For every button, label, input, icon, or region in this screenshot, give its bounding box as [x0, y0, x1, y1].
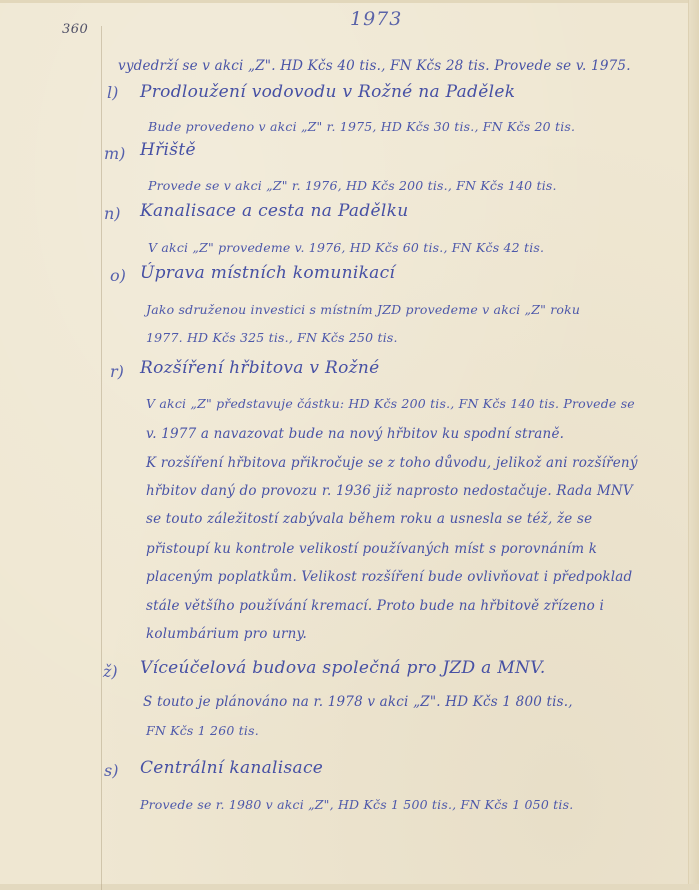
entry-r-line-5: se touto záležitostí zabývala během roku…: [146, 511, 592, 527]
entry-z-label: ž): [103, 662, 118, 681]
entry-r-line-4: hřbitov daný do provozu r. 1936 již napr…: [146, 483, 633, 499]
entry-o-title: Úprava místních komunikací: [140, 263, 395, 283]
margin-line: [101, 26, 102, 890]
entry-s-line-1: Provede se r. 1980 v akci „Z", HD Kčs 1 …: [140, 797, 573, 812]
entry-m-label: m): [104, 144, 125, 163]
entry-m-line-1: Provede se v akci „Z" r. 1976, HD Kčs 20…: [148, 178, 557, 193]
paper-right-edge: [688, 0, 699, 890]
entry-r-label: r): [110, 362, 124, 381]
entry-z-title: Víceúčelová budova společná pro JZD a MN…: [140, 658, 546, 678]
entry-s-label: s): [104, 761, 118, 780]
entry-z-line-1: S touto je plánováno na r. 1978 v akci „…: [143, 694, 573, 710]
entry-m-title: Hřiště: [140, 140, 196, 160]
entry-o-line-2: 1977. HD Kčs 325 tis., FN Kčs 250 tis.: [146, 330, 398, 345]
entry-z-line-2: FN Kčs 1 260 tis.: [146, 723, 259, 738]
paper-bottom-edge: [0, 884, 699, 890]
entry-r-line-6: přistoupí ku kontrole velikostí používan…: [146, 541, 597, 557]
entry-l-title: Prodloužení vodovodu v Rožné na Padělek: [140, 82, 515, 102]
page-number: 360: [62, 22, 88, 37]
entry-r-line-8: stále většího používání kremací. Proto b…: [146, 598, 604, 614]
entry-l-label: l): [107, 83, 118, 102]
year-heading: 1973: [350, 8, 402, 30]
entry-r-line-2: v. 1977 a navazovat bude na nový hřbitov…: [146, 426, 564, 442]
entry-l-line-1: Bude provedeno v akci „Z" r. 1975, HD Kč…: [148, 119, 575, 134]
entry-r-line-7: placeným poplatkům. Velikost rozšíření b…: [146, 569, 632, 585]
entry-r-line-1: V akci „Z" představuje částku: HD Kčs 20…: [146, 396, 635, 411]
entry-s-title: Centrální kanalisace: [140, 758, 323, 778]
entry-n-label: n): [104, 204, 121, 223]
entry-n-title: Kanalisace a cesta na Padělku: [140, 201, 408, 221]
entry-r-line-9: kolumbárium pro urny.: [146, 626, 307, 642]
entry-o-line-1: Jako sdruženou investici s místním JZD p…: [146, 302, 580, 317]
continuation-line: vydedrží se v akci „Z". HD Kčs 40 tis., …: [118, 58, 631, 74]
entry-r-title: Rozšíření hřbitova v Rožné: [140, 358, 380, 378]
entry-n-line-1: V akci „Z" provedeme v. 1976, HD Kčs 60 …: [148, 240, 544, 255]
entry-o-label: o): [110, 266, 126, 285]
paper-top-edge: [0, 0, 699, 3]
handwritten-chronicle-page: 360 1973 vydedrží se v akci „Z". HD Kčs …: [0, 0, 699, 890]
entry-r-line-3: K rozšíření hřbitova přikročuje se z toh…: [146, 455, 638, 471]
